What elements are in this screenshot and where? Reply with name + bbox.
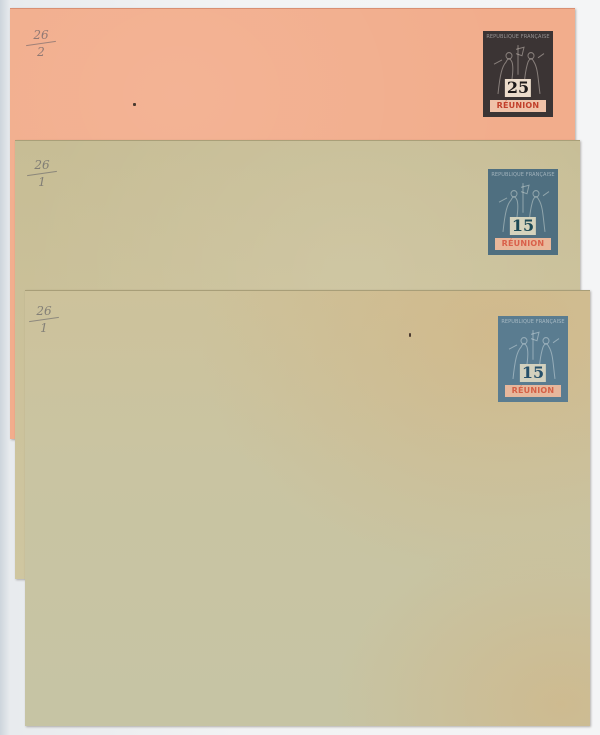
pencil-notation: 26 2 <box>28 29 54 58</box>
pencil-numerator: 26 <box>29 159 55 171</box>
imprinted-stamp-15c: REPUBLIQUE FRANÇAISE <box>488 169 558 255</box>
envelope-front: 26 1 REPUBLIQUE FRANÇAISE <box>25 290 590 726</box>
pencil-notation: 26 1 <box>29 159 55 188</box>
imprinted-stamp-25c: REPUBLIQUE FRANÇAISE <box>483 31 553 117</box>
photo-scene: 26 2 REPUBLIQUE FRANÇAISE <box>0 0 600 735</box>
pencil-denominator: 1 <box>31 322 57 334</box>
stamp-denomination: 25 <box>505 79 531 97</box>
pencil-numerator: 26 <box>31 305 57 317</box>
stamp-denomination: 15 <box>510 217 536 235</box>
imprinted-stamp-15c: REPUBLIQUE FRANÇAISE <box>498 316 568 402</box>
stamp-country-text: REPUBLIQUE FRANÇAISE <box>491 172 555 179</box>
stamp-country-text: REPUBLIQUE FRANÇAISE <box>501 319 565 326</box>
stamp-colony-label: RÉUNION <box>490 100 546 112</box>
pencil-notation: 26 1 <box>31 305 57 334</box>
stamp-colony-label: RÉUNION <box>495 238 551 250</box>
stamp-country-text: REPUBLIQUE FRANÇAISE <box>486 34 550 41</box>
paper-speck <box>409 333 411 337</box>
pencil-denominator: 2 <box>28 46 54 58</box>
pencil-denominator: 1 <box>29 176 55 188</box>
stamp-denomination: 15 <box>520 364 546 382</box>
stamp-colony-label: RÉUNION <box>505 385 561 397</box>
paper-speck <box>133 103 136 106</box>
pencil-numerator: 26 <box>28 29 54 41</box>
